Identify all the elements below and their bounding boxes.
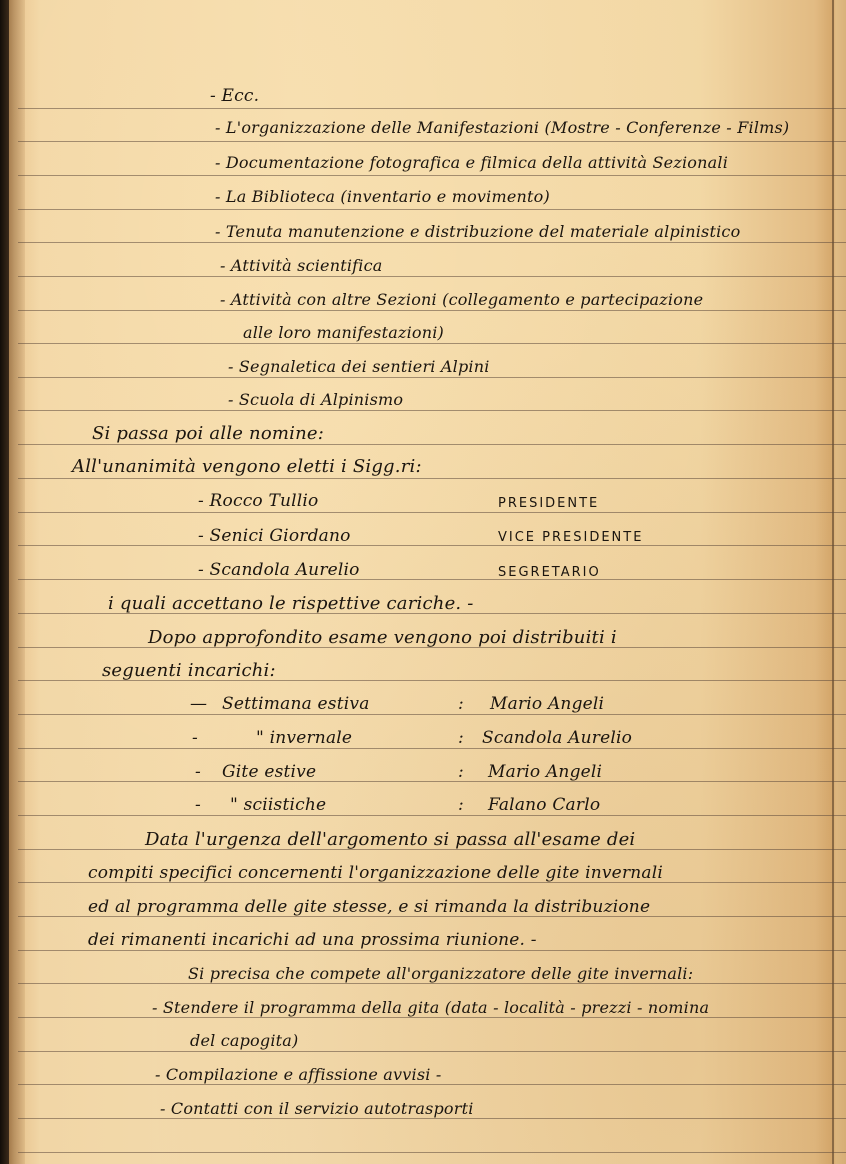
paragraph-dopo-esame: Dopo approfondito esame vengono poi dist… [148, 627, 617, 648]
assignment-task: Gite estive [222, 762, 316, 782]
list-item-documentazione: - Documentazione fotografica e filmica d… [215, 153, 728, 172]
ruled-line [18, 1152, 846, 1153]
ruled-line [18, 815, 846, 816]
ruled-line [18, 714, 846, 715]
assignment-separator: : [458, 694, 464, 714]
list-item-attivita-sezioni-cont: alle loro manifestazioni) [243, 323, 444, 342]
list-item-autotrasporti: - Contatti con il servizio autotrasporti [160, 1099, 474, 1118]
list-item-scuola-alpinismo: - Scuola di Alpinismo [228, 390, 403, 409]
assignment-task: " sciistiche [230, 795, 326, 815]
assignment-dash: — [190, 694, 207, 714]
nominee-role: SEGRETARIO [498, 565, 601, 580]
ruled-line [18, 950, 846, 951]
assignment-task: " invernale [256, 728, 352, 748]
nominee-role: PRESIDENTE [498, 496, 599, 511]
ruled-line [18, 579, 846, 580]
paragraph-nomine: Si passa poi alle nomine: [92, 423, 324, 444]
paragraph-incarichi: seguenti incarichi: [102, 660, 276, 681]
ruled-line [18, 781, 846, 782]
list-item-programma-gita: - Stendere il programma della gita (data… [152, 998, 709, 1017]
ruled-line [18, 377, 846, 378]
nominee-name: - Rocco Tullio [198, 491, 319, 511]
handwritten-line-etc: - Ecc. [210, 86, 259, 106]
ruled-line [18, 1118, 846, 1119]
list-item-attivita-sezioni: - Attività con altre Sezioni (collegamen… [220, 290, 703, 309]
assignment-separator: : [458, 728, 464, 748]
ruled-line [18, 444, 846, 445]
list-item-segnaletica: - Segnaletica dei sentieri Alpini [228, 357, 490, 376]
assignment-separator: : [458, 795, 464, 815]
paragraph-compete: Si precisa che compete all'organizzatore… [188, 964, 693, 983]
paragraph-rimanenti: dei rimanenti incarichi ad una prossima … [88, 930, 537, 950]
notebook-page: - Ecc. - L'organizzazione delle Manifest… [0, 0, 846, 1164]
assignment-dash: - [192, 728, 198, 748]
paragraph-urgenza: Data l'urgenza dell'argomento si passa a… [145, 829, 635, 850]
ruled-line [18, 242, 846, 243]
list-item-biblioteca: - La Biblioteca (inventario e movimento) [215, 187, 550, 206]
assignment-task: Settimana estiva [222, 694, 370, 714]
paragraph-programma: ed al programma delle gite stesse, e si … [88, 897, 650, 917]
ruled-line [18, 983, 846, 984]
list-item-materiale: - Tenuta manutenzione e distribuzione de… [215, 222, 740, 241]
assignment-dash: - [195, 762, 201, 782]
assignment-person: Mario Angeli [490, 694, 604, 714]
assignment-dash: - [195, 795, 201, 815]
assignment-person: Falano Carlo [488, 795, 600, 815]
ruled-line [18, 108, 846, 109]
list-item-attivita-scientifica: - Attività scientifica [220, 256, 383, 275]
ruled-line [18, 545, 846, 546]
nominee-name: - Scandola Aurelio [198, 560, 360, 580]
assignment-person: Mario Angeli [488, 762, 602, 782]
nominee-name: - Senici Giordano [198, 526, 351, 546]
ruled-line [18, 512, 846, 513]
list-item-organizzazione: - L'organizzazione delle Manifestazioni … [215, 118, 789, 137]
list-item-programma-gita-cont: del capogita) [190, 1031, 298, 1050]
ruled-line [18, 141, 846, 142]
assignment-separator: : [458, 762, 464, 782]
list-item-avvisi: - Compilazione e affissione avvisi - [155, 1065, 441, 1084]
ruled-line [18, 1084, 846, 1085]
paragraph-eletti: All'unanimità vengono eletti i Sigg.ri: [72, 456, 422, 477]
paragraph-accettano: i quali accettano le rispettive cariche.… [108, 593, 474, 614]
ruled-line [18, 1051, 846, 1052]
paragraph-compiti: compiti specifici concernenti l'organizz… [88, 863, 663, 883]
notebook-binding [0, 0, 9, 1164]
ruled-line [18, 343, 846, 344]
ruled-line [18, 175, 846, 176]
ruled-line [18, 276, 846, 277]
ruled-line [18, 209, 846, 210]
ruled-line [18, 478, 846, 479]
ruled-line [18, 410, 846, 411]
assignment-person: Scandola Aurelio [482, 728, 632, 748]
ruled-line [18, 310, 846, 311]
nominee-role: VICE PRESIDENTE [498, 530, 643, 545]
ruled-line [18, 1017, 846, 1018]
ruled-line [18, 748, 846, 749]
